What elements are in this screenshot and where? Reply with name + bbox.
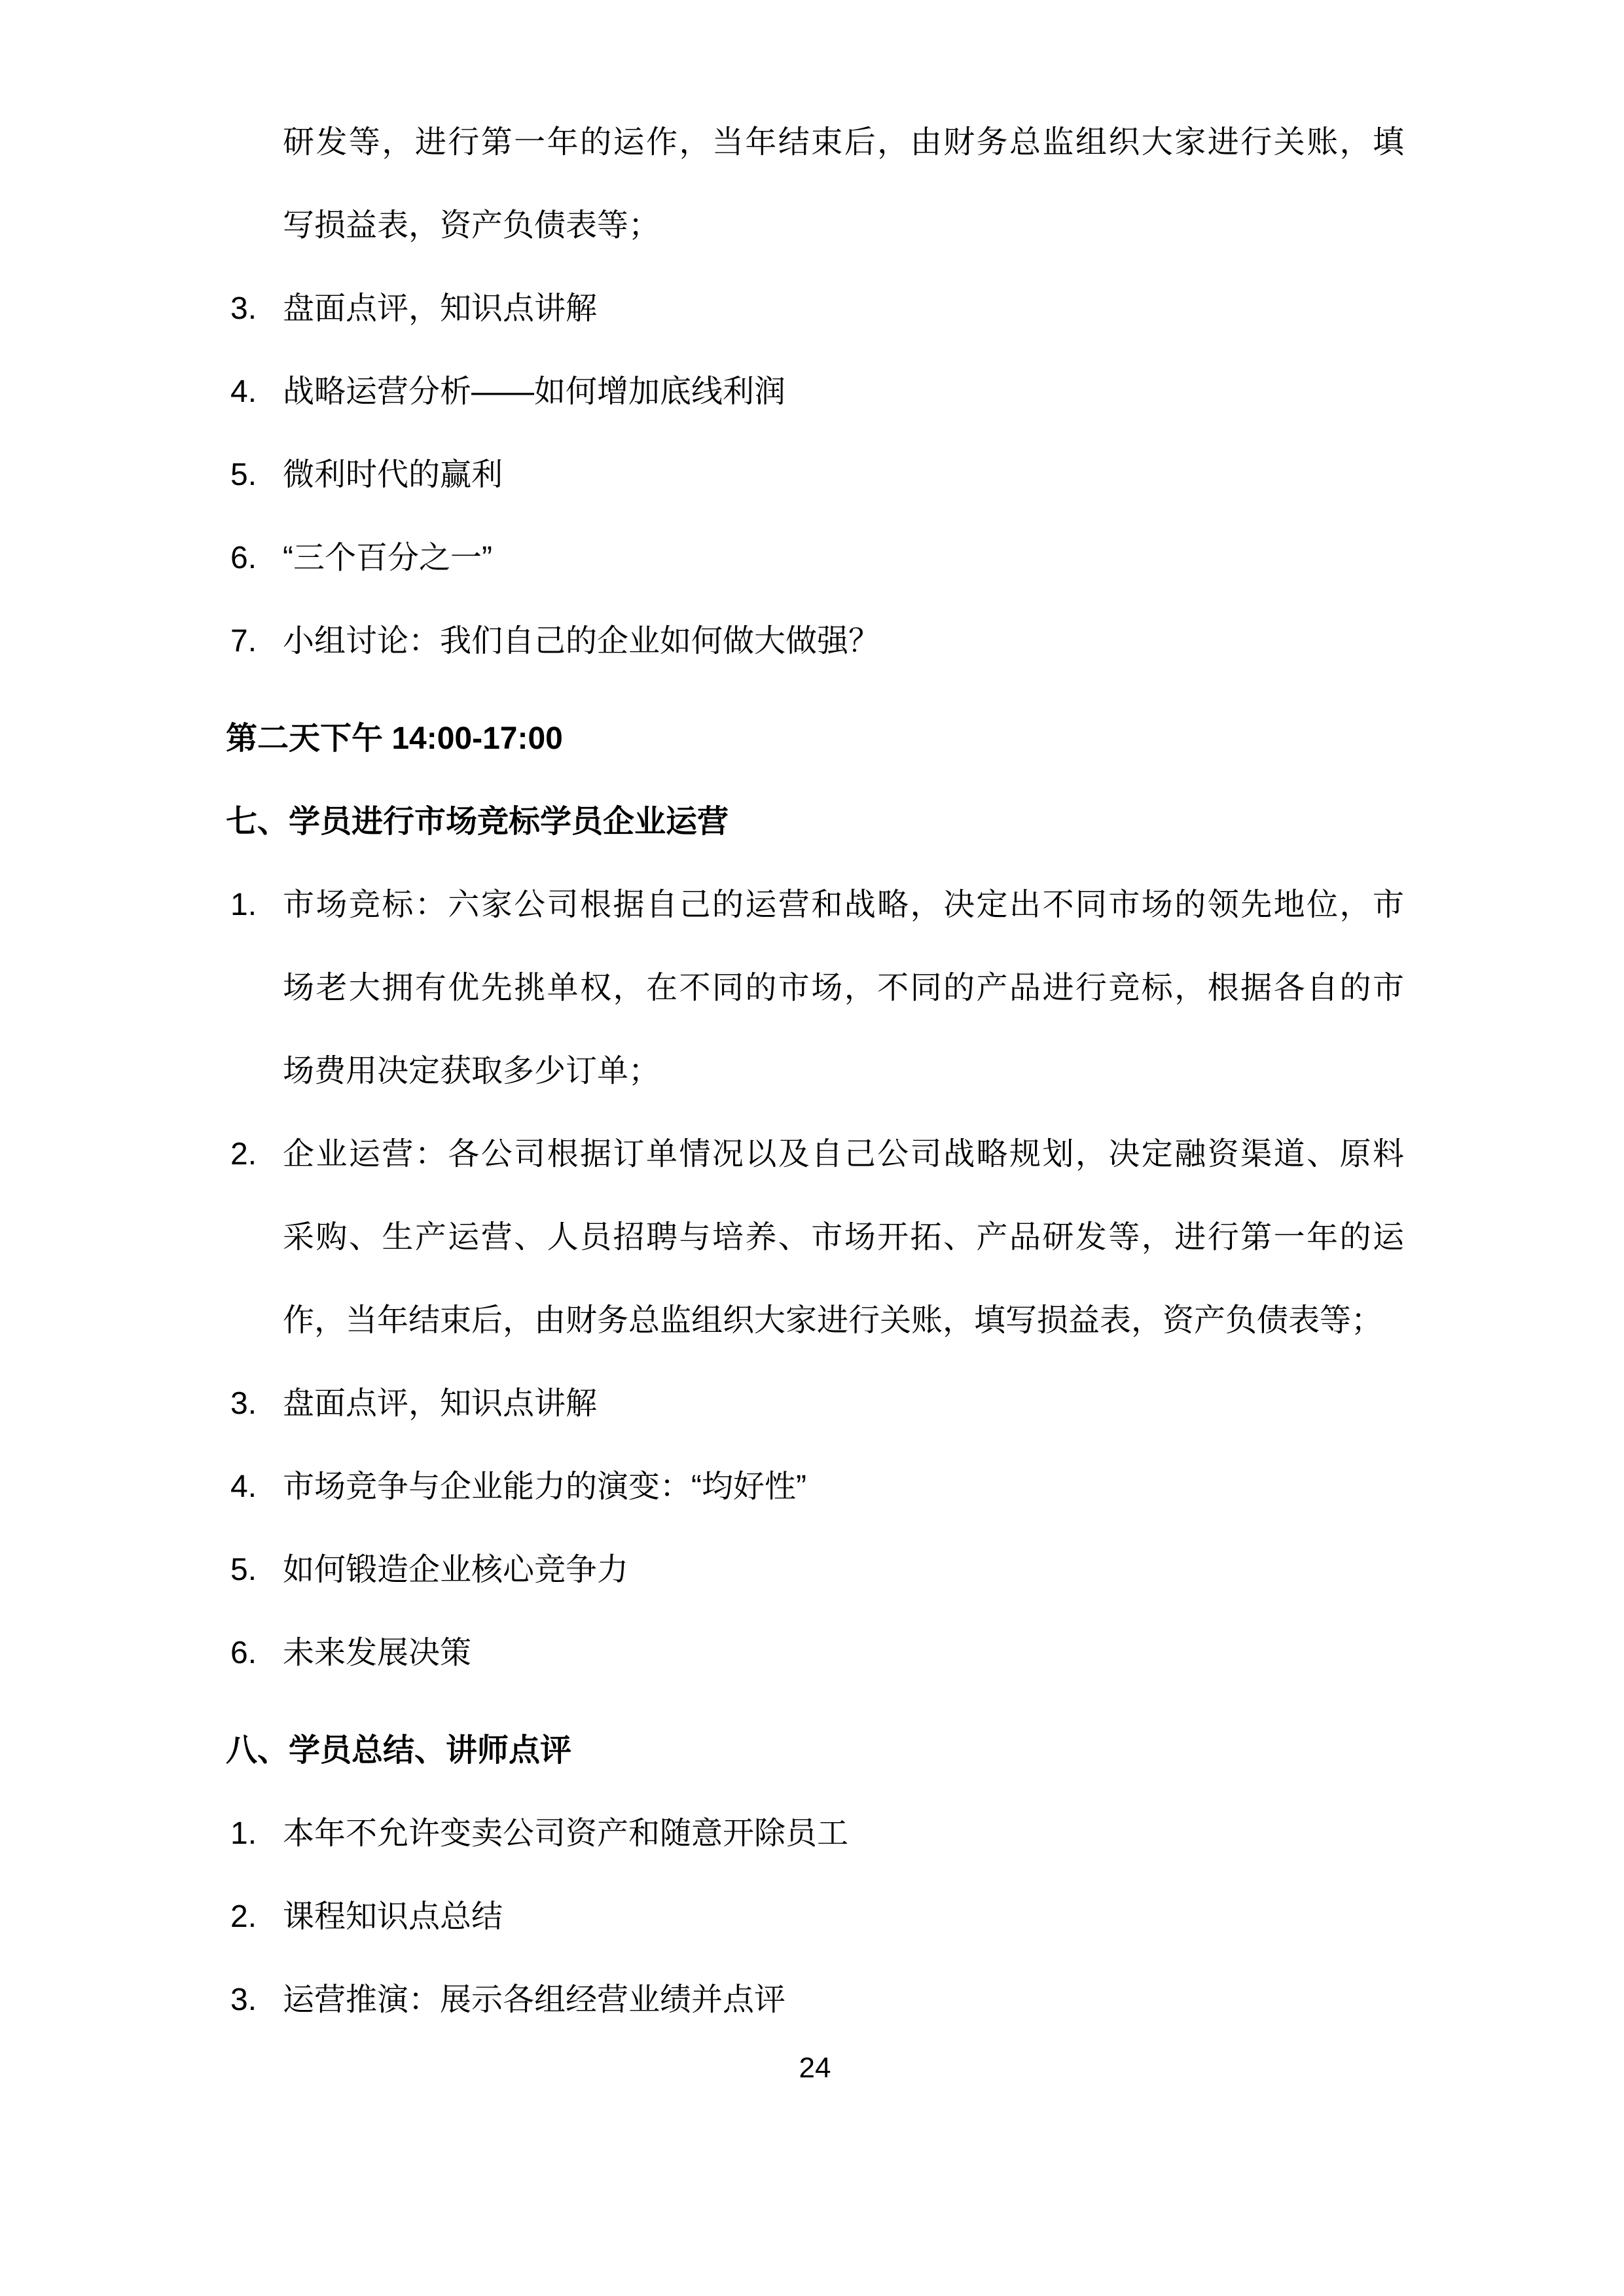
section-heading: 七、学员进行市场竞标学员企业运营	[226, 780, 1404, 863]
text-line: 如何锻造企业核心竞争力	[283, 1528, 1404, 1611]
text-line: 小组讨论：我们自己的企业如何做大做强？	[283, 600, 1404, 683]
text-line: 第二天下午 14:00-17:00	[226, 697, 1404, 780]
section-heading: 第二天下午 14:00-17:00	[226, 697, 1404, 780]
list-item: 2.课程知识点总结	[226, 1875, 1404, 1958]
list-number: 2.	[230, 1875, 283, 1958]
text-line: 市场竞标：六家公司根据自己的运营和战略，决定出不同市场的领先地位，市	[283, 863, 1404, 946]
list-item: 5.微利时代的赢利	[226, 433, 1404, 516]
list-item: 2.企业运营：各公司根据订单情况以及自己公司战略规划，决定融资渠道、原料采购、生…	[226, 1113, 1404, 1362]
list-number: 6.	[230, 516, 283, 600]
text-line: 研发等，进行第一年的运作，当年结束后，由财务总监组织大家进行关账，填	[283, 101, 1404, 184]
text-line: 运营推演：展示各组经营业绩并点评	[283, 1958, 1404, 2041]
document-content: 研发等，进行第一年的运作，当年结束后，由财务总监组织大家进行关账，填写损益表，资…	[226, 101, 1404, 2041]
list-number: 5.	[230, 1528, 283, 1611]
list-item: 5.如何锻造企业核心竞争力	[226, 1528, 1404, 1611]
list-item: 6.“三个百分之一”	[226, 516, 1404, 600]
text-line: 市场竞争与企业能力的演变：“均好性”	[283, 1445, 1404, 1528]
text-line: 作，当年结束后，由财务总监组织大家进行关账，填写损益表，资产负债表等；	[283, 1279, 1404, 1362]
list-number: 1.	[230, 1792, 283, 1875]
text-line: 场老大拥有优先挑单权，在不同的市场，不同的产品进行竞标，根据各自的市	[283, 946, 1404, 1030]
text-line: 写损益表，资产负债表等；	[283, 184, 1404, 267]
text-line: 盘面点评，知识点讲解	[283, 1362, 1404, 1445]
text-line: 课程知识点总结	[283, 1875, 1404, 1958]
list-item: 3.运营推演：展示各组经营业绩并点评	[226, 1958, 1404, 2041]
list-item: 3.盘面点评，知识点讲解	[226, 1362, 1404, 1445]
list-number: 4.	[230, 1445, 283, 1528]
list-number: 3.	[230, 1362, 283, 1445]
list-number: 6.	[230, 1611, 283, 1695]
list-item: 4.战略运营分析——如何增加底线利润	[226, 350, 1404, 433]
text-line: 本年不允许变卖公司资产和随意开除员工	[283, 1792, 1404, 1875]
continuation-paragraph: 研发等，进行第一年的运作，当年结束后，由财务总监组织大家进行关账，填写损益表，资…	[226, 101, 1404, 267]
section-heading: 八、学员总结、讲师点评	[226, 1709, 1404, 1792]
list-item: 6.未来发展决策	[226, 1611, 1404, 1695]
list-number: 7.	[230, 600, 283, 683]
list-number: 3.	[230, 1958, 283, 2041]
list-item: 4.市场竞争与企业能力的演变：“均好性”	[226, 1445, 1404, 1528]
document-page: 研发等，进行第一年的运作，当年结束后，由财务总监组织大家进行关账，填写损益表，资…	[0, 0, 1624, 2296]
list-number: 1.	[230, 863, 283, 946]
list-number: 2.	[230, 1113, 283, 1196]
text-line: 企业运营：各公司根据订单情况以及自己公司战略规划，决定融资渠道、原料	[283, 1113, 1404, 1196]
text-line: 七、学员进行市场竞标学员企业运营	[226, 780, 1404, 863]
text-line: “三个百分之一”	[283, 516, 1404, 600]
list-number: 4.	[230, 350, 283, 433]
list-item: 7.小组讨论：我们自己的企业如何做大做强？	[226, 600, 1404, 683]
text-line: 八、学员总结、讲师点评	[226, 1709, 1404, 1792]
text-line: 盘面点评，知识点讲解	[283, 267, 1404, 350]
text-line: 微利时代的赢利	[283, 433, 1404, 516]
page-number: 24	[226, 2049, 1404, 2088]
text-line: 未来发展决策	[283, 1611, 1404, 1695]
text-line: 采购、生产运营、人员招聘与培养、市场开拓、产品研发等，进行第一年的运	[283, 1196, 1404, 1279]
text-line: 场费用决定获取多少订单；	[283, 1030, 1404, 1113]
list-number: 3.	[230, 267, 283, 350]
list-item: 1.市场竞标：六家公司根据自己的运营和战略，决定出不同市场的领先地位，市场老大拥…	[226, 863, 1404, 1113]
list-item: 1.本年不允许变卖公司资产和随意开除员工	[226, 1792, 1404, 1875]
text-line: 战略运营分析——如何增加底线利润	[283, 350, 1404, 433]
list-item: 3.盘面点评，知识点讲解	[226, 267, 1404, 350]
list-number: 5.	[230, 433, 283, 516]
